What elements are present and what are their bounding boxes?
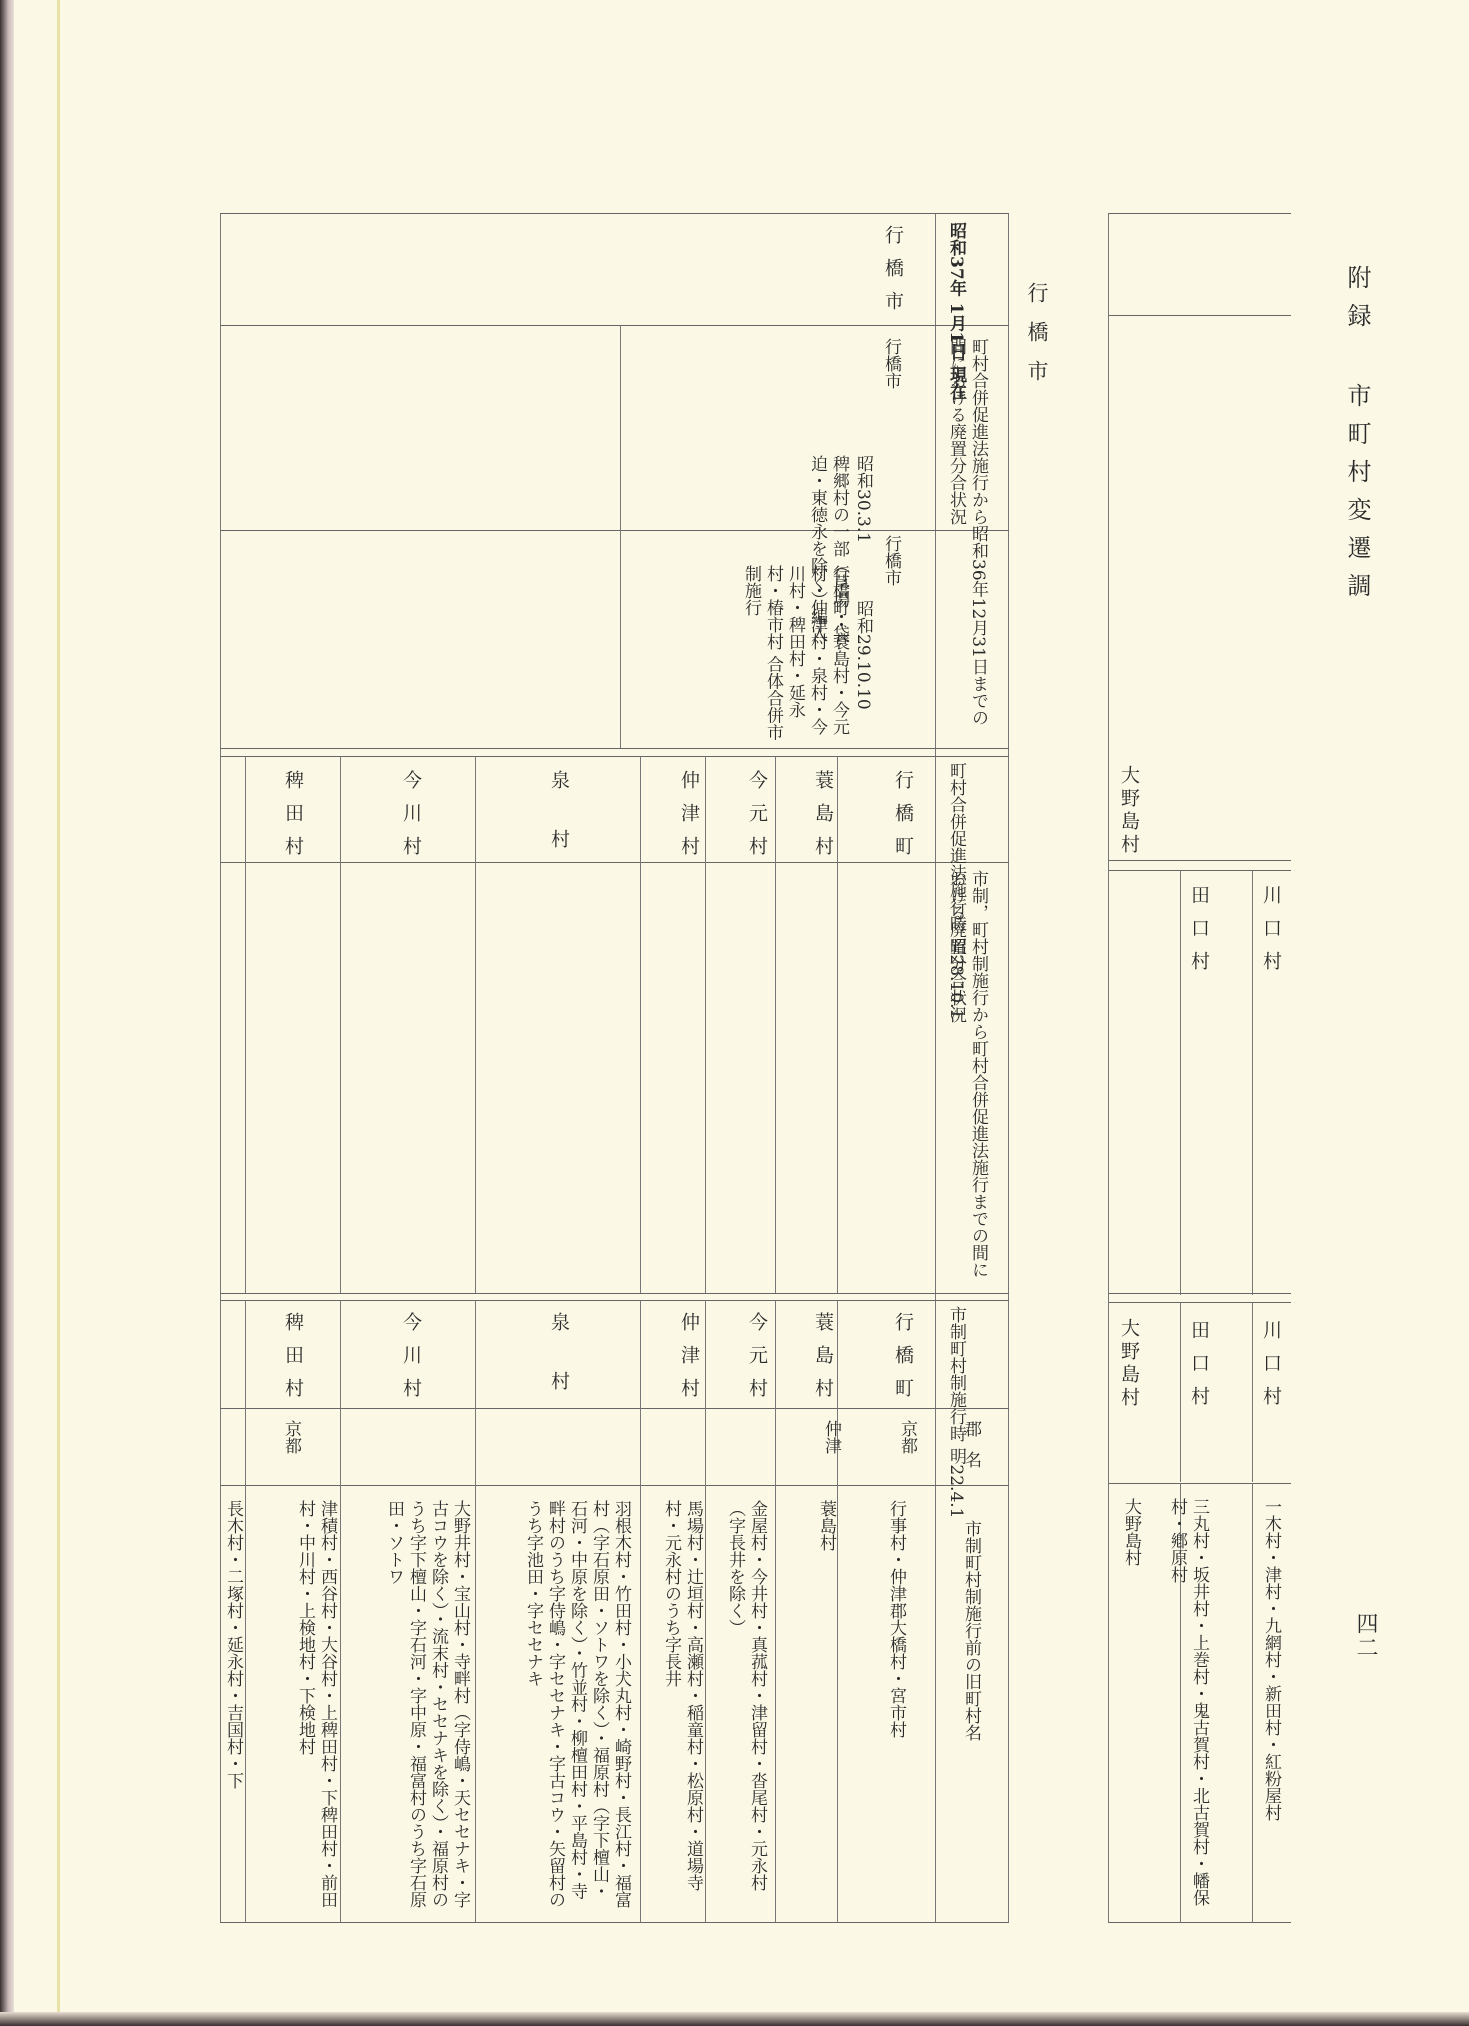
row-gyohashi-1953: 行橋町 (890, 770, 916, 869)
row-minoshima-1953: 蓑島村 (810, 770, 836, 869)
row-nakatsu-former: 馬場村・辻垣村・高瀬村・稲童村・松原村・道場寺村・元永村のうち字長井 (648, 1500, 704, 1910)
row-imamoto-1889: 今元村 (744, 1312, 770, 1411)
event-2-name: 行橋市 (880, 535, 902, 586)
page-bottom-edge (0, 2012, 1469, 2026)
row-nakatsu-1953: 仲津村 (676, 770, 702, 869)
row-minoshima-former: 蓑島村 (815, 1500, 837, 1910)
upper-row-onoshima-former: 大野島村 (1120, 1498, 1142, 1566)
row-imagawa-1953: 今川村 (398, 770, 424, 869)
page-number: 四二 (1350, 1612, 1381, 1660)
row-gyohashi-former: 行事村・仲津郡大橋村・宮市村 (885, 1500, 907, 1910)
event-1-date: 昭和30.3.1 (852, 455, 874, 543)
upper-row-taguchi-1889: 田口村 (1186, 1320, 1212, 1419)
header-district: 郡名 (960, 1420, 982, 1482)
row-hieda-district: 京都 (280, 1420, 302, 1454)
row-gyohashi-district: 京都 (896, 1420, 918, 1454)
row-izumi-former: 羽根木村・竹田村・小犬丸村・崎野村・長江村・福富村（字石原田・ソトワを除く）・福… (482, 1500, 632, 1910)
upper-row-taguchi-1953: 田口村 (1186, 885, 1212, 984)
row-imagawa-1889: 今川村 (398, 1312, 424, 1411)
upper-row-kawaguchi-former: 一木村・津村・九網村・新田村・紅粉屋村 (1236, 1498, 1282, 1918)
event-2-date: 昭和29.10.10 (852, 600, 874, 710)
running-header: 附録 市町村変遷調 (1340, 265, 1375, 611)
row-hieda-1889: 稗田村 (280, 1312, 306, 1411)
upper-row-taguchi-former: 三丸村・坂井村・上巻村・鬼古賀村・北古賀村・幡保村・鄕原村 (1164, 1498, 1210, 1918)
current-city-name: 行橋市 (880, 225, 906, 324)
row-nakatsu-1889: 仲津村 (676, 1312, 702, 1411)
row-hieda-1953: 稗田村 (280, 770, 306, 869)
row-minoshima-1889: 蓑島村 (810, 1312, 836, 1411)
row-izumi-1953: 泉村 (546, 770, 572, 888)
upper-row-onoshima-1889: 大野島村 (1116, 1318, 1142, 1410)
row-imamoto-1953: 今元村 (744, 770, 770, 869)
row-minoshima-district: 仲津 (820, 1420, 842, 1454)
row-imamoto-former: 金屋村・今井村・真菰村・津留村・沓尾村・元永村（字長井を除く） (712, 1500, 768, 1910)
header-former-villages: 市制町村制施行前の旧町村名 (960, 1520, 982, 1741)
header-changes-1953-1961: 町村合併促進法施行から昭和36年12月31日までの間における廃置分合状況 (945, 338, 989, 738)
upper-row-kawaguchi-1889: 川口村 (1258, 1320, 1284, 1419)
upper-row-kawaguchi-1953: 川口村 (1258, 885, 1284, 984)
section-title: 行橋市 (1022, 282, 1052, 399)
row-izumi-1889: 泉村 (546, 1312, 572, 1430)
header-changes-1889-1953: 市制，町村制施行から町村合併促進法施行までの間における廃置分合状況 (945, 870, 989, 1285)
upper-row-onoshima-1953: 大野島村 (1116, 765, 1142, 857)
row-imagawa-former: 大野井村・宝山村・寺畔村（字侍嶋・天セセナキ・字古コウを除く）・流末村・セセナキ… (346, 1500, 471, 1910)
row-gyohashi-1889: 行橋町 (890, 1312, 916, 1411)
event-1-name: 行橋市 (880, 338, 902, 389)
book-spine-edge (0, 0, 14, 2026)
binding-thread (57, 0, 60, 2026)
header-at-municipal-system: 市制町村制施行時 明22.4.1 (945, 1306, 967, 1518)
event-2-description: 行橋町・蓑島村・今元村・仲津村・泉村・今川村・稗田村・延永村・椿市村 合体合併市… (640, 565, 850, 745)
row-continued-former: 長木村・二塚村・延永村・吉国村・下 (222, 1500, 244, 1910)
row-hieda-former: 津積村・西谷村・大谷村・上稗田村・下稗田村・前田村・中川村・上検地村・下検地村 (250, 1500, 338, 1910)
